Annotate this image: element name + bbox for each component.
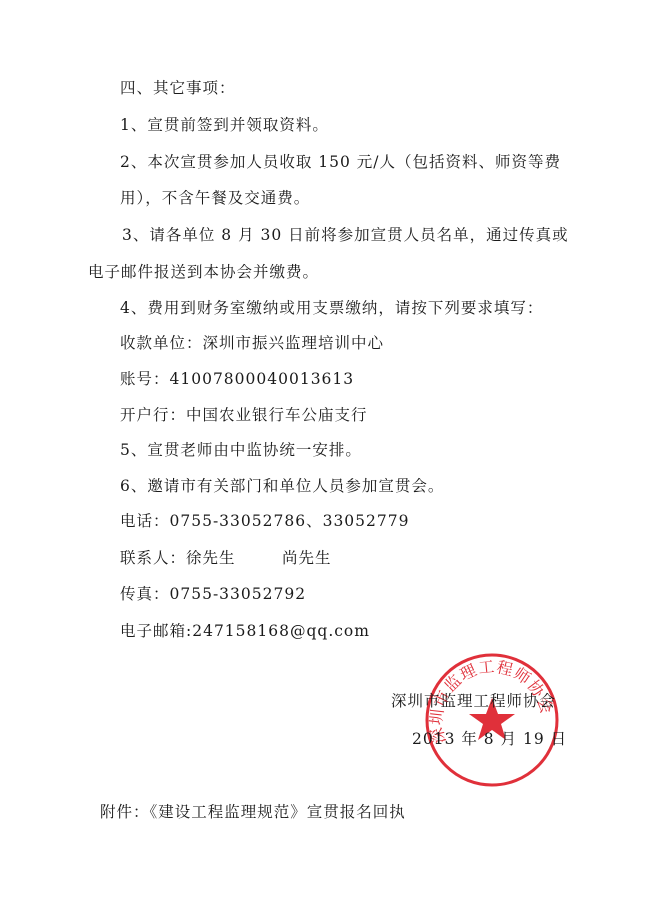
item-5: 5、宣贯老师由中监协统一安排。 [120, 438, 362, 460]
item-1: 1、宣贯前签到并领取资料。 [120, 113, 329, 135]
item-6: 6、邀请市有关部门和单位人员参加宣贯会。 [120, 474, 444, 496]
item-2-line-2: 用），不含午餐及交通费。 [120, 186, 310, 208]
section-heading: 四、其它事项： [120, 76, 236, 98]
item-2-line-1: 2、本次宣贯参加人员收取 150 元/人（包括资料、师资等费 [120, 150, 561, 172]
email: 电子邮箱:247158168@qq.com [120, 619, 370, 641]
account-number: 账号：41007800040013613 [120, 367, 354, 389]
contact-person-1: 联系人：徐先生 [120, 546, 236, 568]
phone: 电话：0755-33052786、33052779 [120, 509, 409, 531]
item-3-line-1: 3、请各单位 8 月 30 日前将参加宣贯人员名单，通过传真或 [122, 223, 569, 245]
contact-person-2: 尚先生 [282, 546, 332, 568]
item-3-line-2: 电子邮件报送到本协会并缴费。 [88, 260, 319, 282]
signature-organization: 深圳市监理工程师协会 [391, 689, 556, 711]
item-4: 4、费用到财务室缴纳或用支票缴纳，请按下列要求填写： [120, 296, 543, 318]
official-seal-icon: 深圳市监理工程师协会 [424, 652, 560, 788]
bank-branch: 开户行：中国农业银行车公庙支行 [120, 403, 368, 425]
payee: 收款单位：深圳市振兴监理培训中心 [120, 331, 384, 353]
signature-date: 2013 年 8 月 19 日 [412, 727, 567, 749]
attachment-note: 附件：《建设工程监理规范》宣贯报名回执 [100, 800, 406, 822]
fax: 传真：0755-33052792 [120, 582, 306, 604]
